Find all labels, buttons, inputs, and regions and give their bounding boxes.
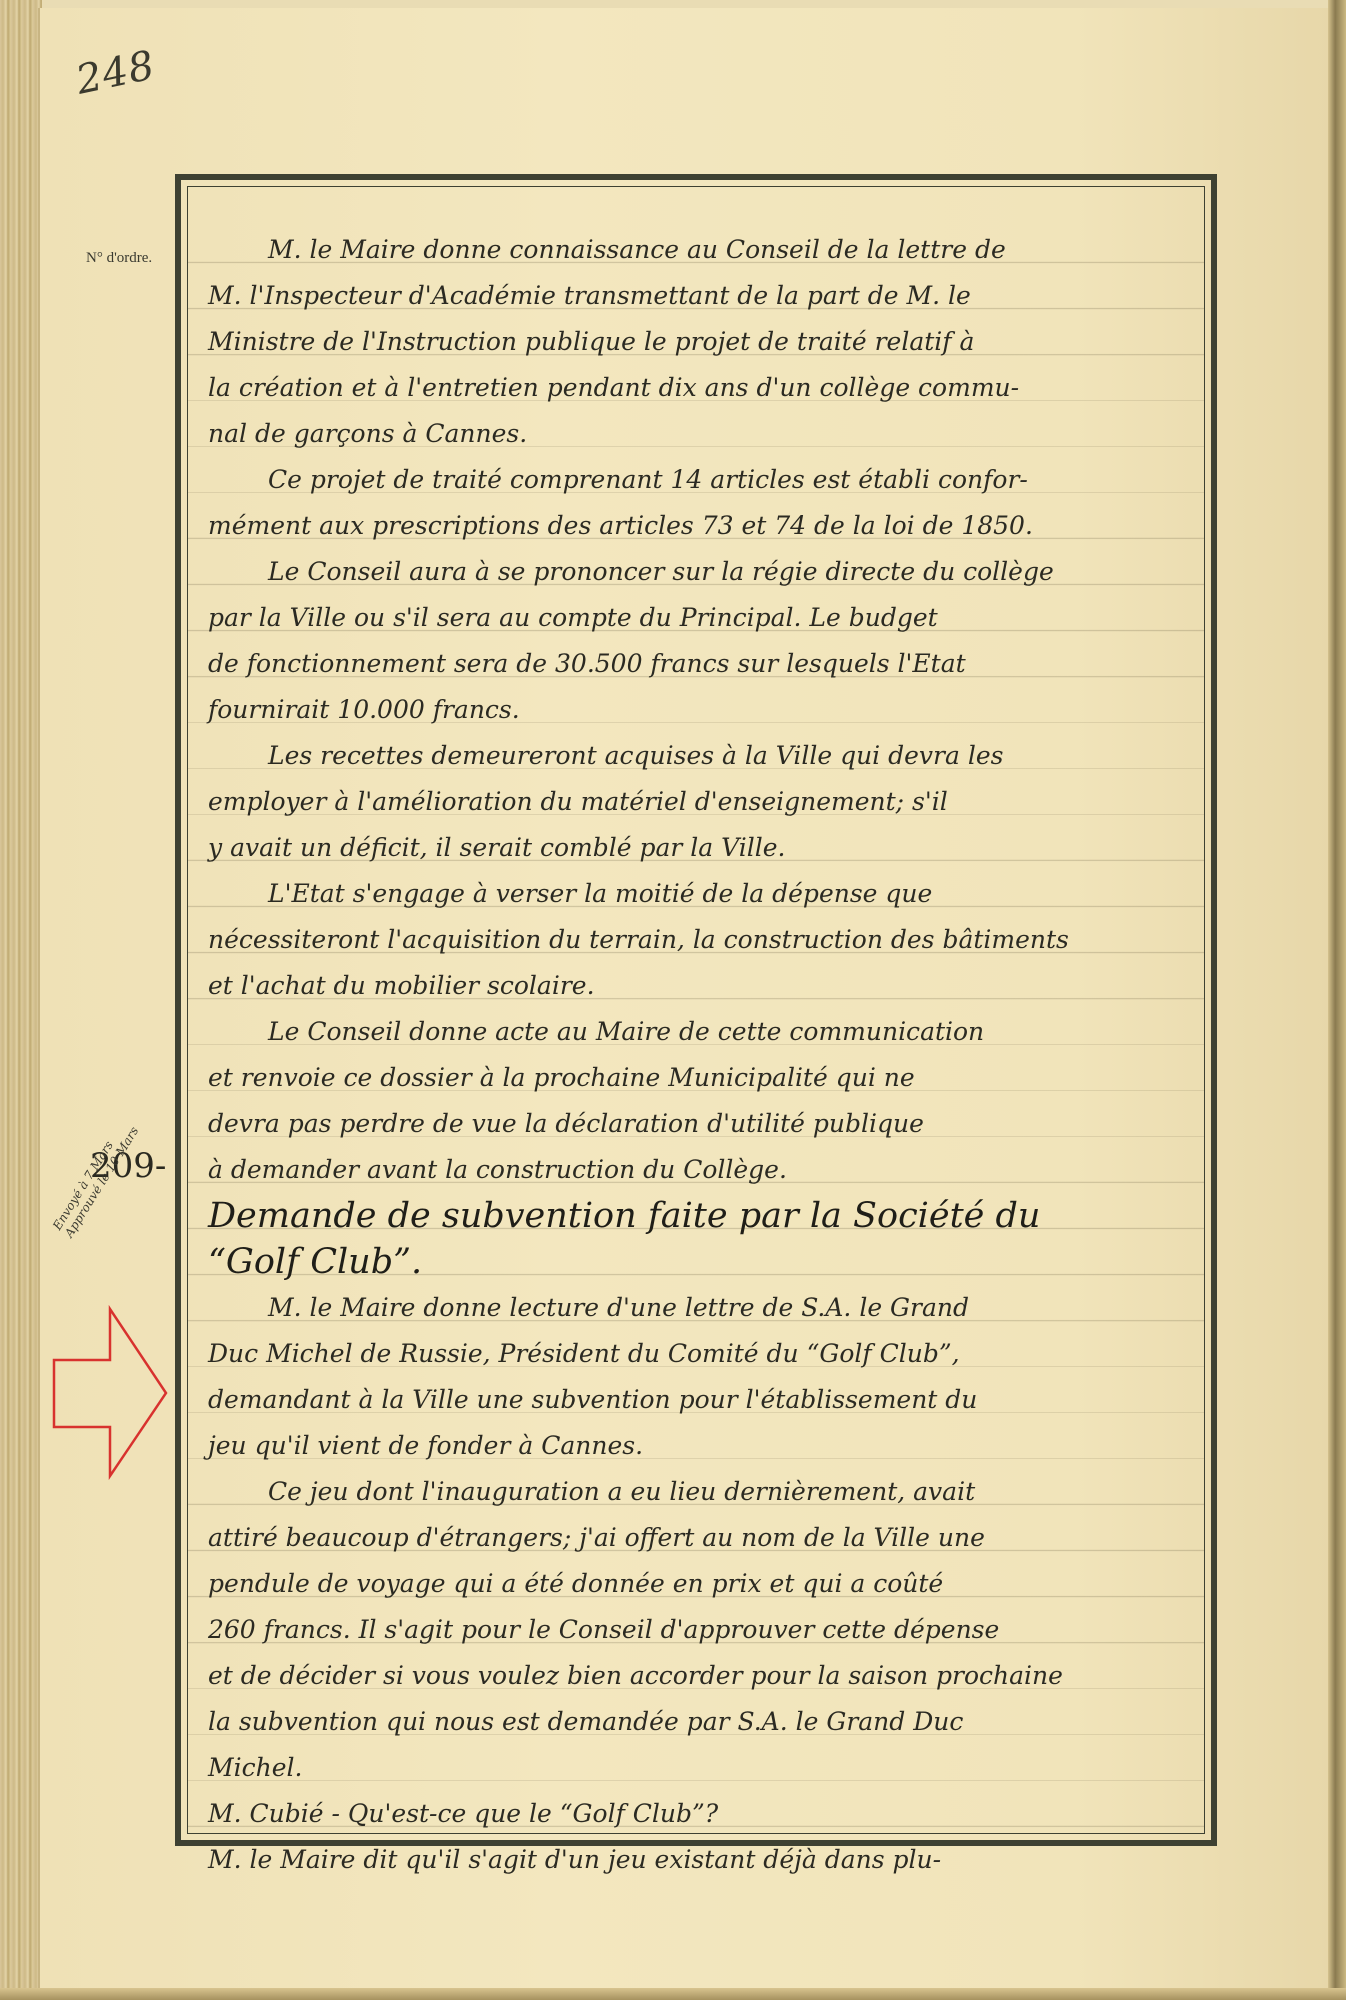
entry-intro-text: M. le Maire donne connaissance au Consei… (208, 227, 1190, 1883)
text-line: Ce jeu dont l'inauguration a eu lieu der… (208, 1469, 1190, 1515)
text-line: Ministre de l'Instruction publique le pr… (208, 319, 1190, 365)
text-line: demandant à la Ville une subvention pour… (208, 1377, 1190, 1423)
text-line: jeu qu'il vient de fonder à Cannes. (208, 1423, 1190, 1469)
page-edge (1328, 0, 1346, 2000)
text-line: nal de garçons à Cannes. (208, 411, 1190, 457)
ruled-area: M. le Maire donne connaissance au Consei… (187, 186, 1205, 1834)
text-line: M. l'Inspecteur d'Académie transmettant … (208, 273, 1190, 319)
text-line: à demander avant la construction du Coll… (208, 1147, 1190, 1193)
text-line: attiré beaucoup d'étrangers; j'ai offert… (208, 1515, 1190, 1561)
text-line: M. Cubié - Qu'est-ce que le “Golf Club”? (208, 1791, 1190, 1837)
text-frame: M. le Maire donne connaissance au Consei… (175, 174, 1217, 1846)
text-line: L'Etat s'engage à verser la moitié de la… (208, 871, 1190, 917)
text-line: mément aux prescriptions des articles 73… (208, 503, 1190, 549)
red-arrow-annotation-icon (50, 1305, 170, 1480)
text-line: M. le Maire dit qu'il s'agit d'un jeu ex… (208, 1837, 1190, 1883)
entry-heading: Demande de subvention faite par la Socié… (208, 1193, 1190, 1239)
text-line: la création et à l'entretien pendant dix… (208, 365, 1190, 411)
book-binding (0, 0, 42, 2000)
text-line: nécessiteront l'acquisition du terrain, … (208, 917, 1190, 963)
text-line: devra pas perdre de vue la déclaration d… (208, 1101, 1190, 1147)
text-line: et de décider si vous voulez bien accord… (208, 1653, 1190, 1699)
text-line: pendule de voyage qui a été donnée en pr… (208, 1561, 1190, 1607)
text-line: Duc Michel de Russie, Président du Comit… (208, 1331, 1190, 1377)
entry-heading-cont: “Golf Club”. (208, 1239, 1190, 1285)
text-line: de fonctionnement sera de 30.500 francs … (208, 641, 1190, 687)
text-line: M. le Maire donne lecture d'une lettre d… (208, 1285, 1190, 1331)
text-line: la subvention qui nous est demandée par … (208, 1699, 1190, 1745)
text-line: Le Conseil aura à se prononcer sur la ré… (208, 549, 1190, 595)
text-line: y avait un déficit, il serait comblé par… (208, 825, 1190, 871)
text-line: Michel. (208, 1745, 1190, 1791)
text-line: fournirait 10.000 francs. (208, 687, 1190, 733)
text-line: Le Conseil donne acte au Maire de cette … (208, 1009, 1190, 1055)
text-line: Les recettes demeureront acquises à la V… (208, 733, 1190, 779)
text-line: employer à l'amélioration du matériel d'… (208, 779, 1190, 825)
text-line: M. le Maire donne connaissance au Consei… (208, 227, 1190, 273)
text-line: par la Ville ou s'il sera au compte du P… (208, 595, 1190, 641)
text-line: 260 francs. Il s'agit pour le Conseil d'… (208, 1607, 1190, 1653)
page-edge-bottom (0, 1988, 1346, 2000)
text-line: et renvoie ce dossier à la prochaine Mun… (208, 1055, 1190, 1101)
order-number-label: N° d'ordre. (86, 250, 152, 267)
text-line: Ce projet de traité comprenant 14 articl… (208, 457, 1190, 503)
text-line: et l'achat du mobilier scolaire. (208, 963, 1190, 1009)
